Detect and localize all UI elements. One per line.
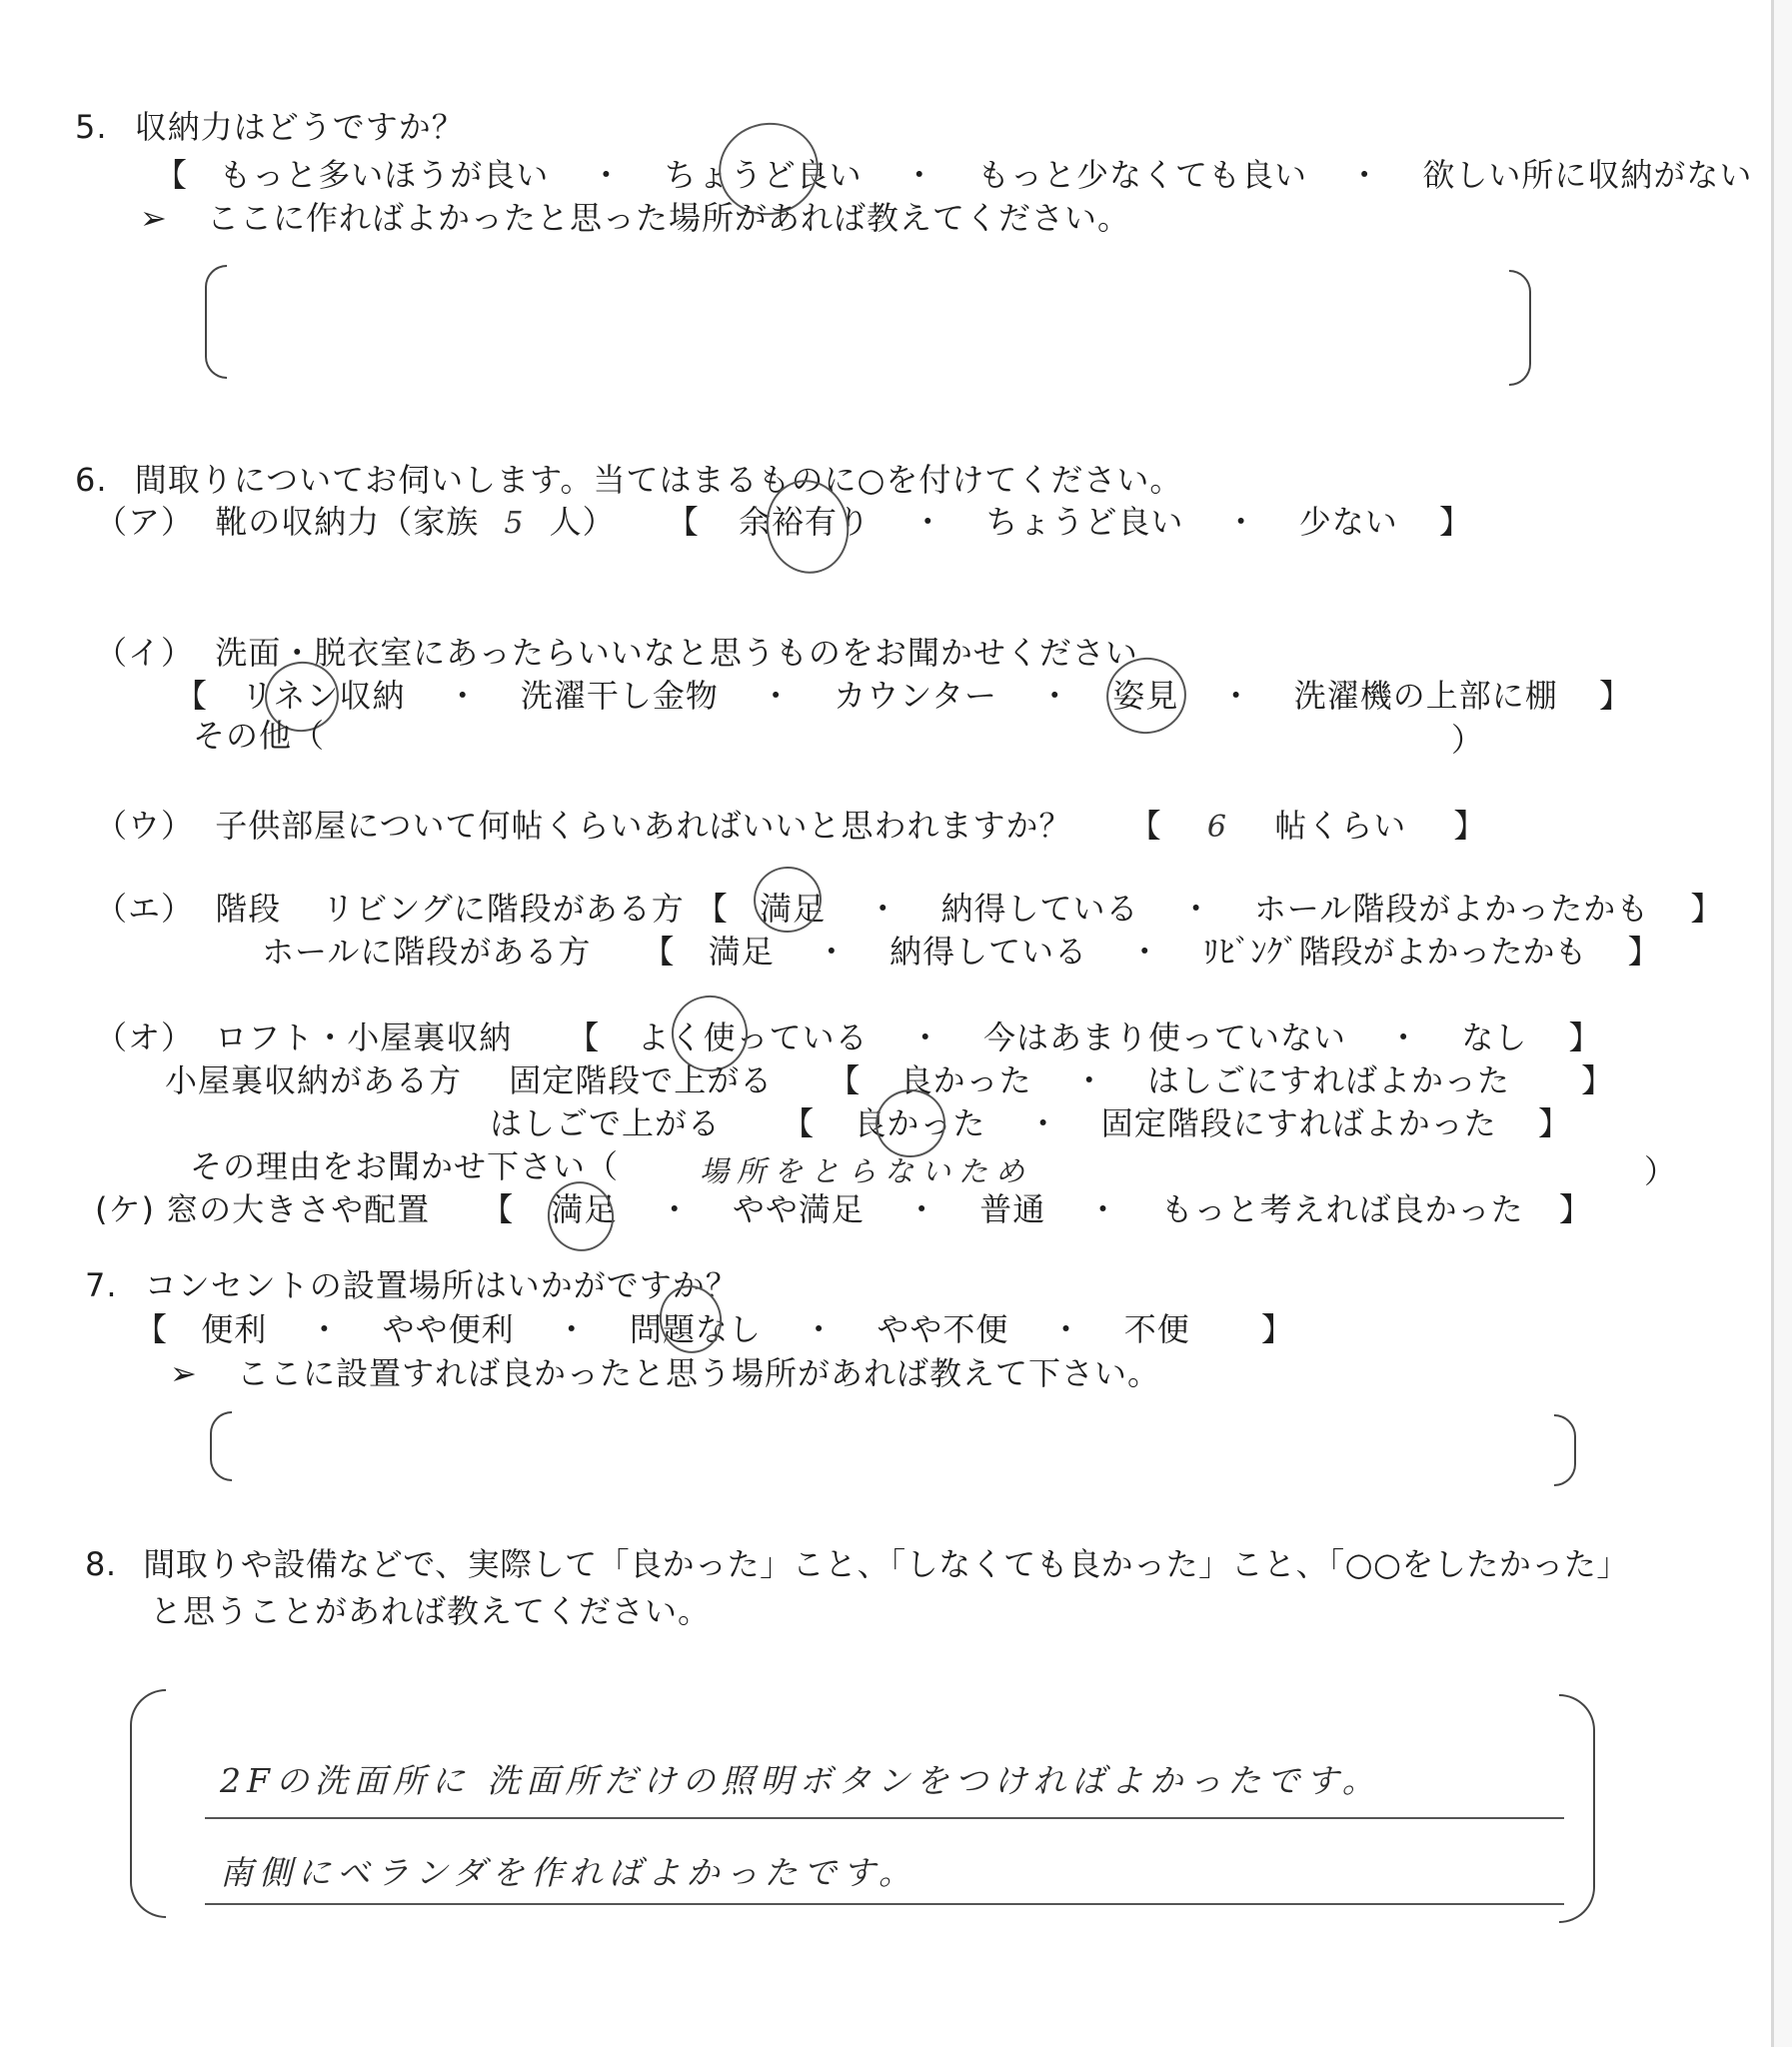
q6o-attic-row-1: 小屋裏収納がある方 固定階段で上がる 【 良かった ・ はしごにすればよかった … — [165, 1060, 1614, 1100]
separator: ・ — [1387, 1018, 1420, 1057]
q6a-option-1-label: 余裕有り — [739, 503, 871, 541]
q6i-other-field[interactable] — [330, 716, 1429, 756]
separator: ・ — [1348, 155, 1381, 195]
q6u-unit: 帖くらい — [1274, 807, 1406, 845]
q6i-option-4-selected[interactable]: 姿見 — [1112, 676, 1178, 716]
separator: ・ — [867, 889, 899, 929]
q6a-text: 靴の収納力（家族 — [215, 503, 479, 541]
q8-question-line1: 間取りや設備などで、実際して「良かった」こと、「しなくても良かった」こと、「○○… — [143, 1545, 1629, 1583]
close-bracket: 】 — [1453, 806, 1486, 846]
q6o-attic-condition-2: はしごで上がる — [490, 1104, 721, 1142]
q6u-label: （ウ） — [95, 807, 194, 845]
q6ke-option-1-label: 満足 — [552, 1190, 618, 1228]
q6a-row: （ア） 靴の収納力（家族 5 人） 【 余裕有り ・ ちょうど良い ・ 少ない … — [95, 502, 1472, 544]
q7-sub-prompt-row: ➢ ここに設置すれば良かったと思う場所があれば教えて下さい。 — [170, 1353, 1160, 1393]
q6i-other-close: ） — [1451, 720, 1484, 760]
q8-question-line2: と思うことがあれば教えてください。 — [150, 1591, 711, 1631]
q5-option-2-label: ちょうど良い — [665, 156, 863, 194]
q6e-row-2: ホールに階段がある方 【 満足 ・ 納得している ・ ﾘﾋﾞﾝｸﾞ階段がよかった… — [262, 932, 1661, 972]
separator: ・ — [909, 1018, 942, 1057]
separator: ・ — [1225, 502, 1258, 542]
q6u-row: （ウ） 子供部屋について何帖くらいあればいいと思われますか？ 【 6 帖くらい … — [95, 806, 1486, 848]
separator: ・ — [905, 1189, 938, 1229]
q5-options: 【 もっと多いほうが良い ・ ちょうど良い ・ もっと少なくても良い ・ 欲しい… — [155, 155, 1792, 195]
q6e-row2-option-2[interactable]: 納得している — [890, 932, 1087, 972]
open-bracket: 【 — [481, 1189, 514, 1229]
q8-answer-area[interactable]: 2Fの洗面所に 洗面所だけの照明ボタンをつければよかったです。 南側にベランダを… — [170, 1699, 1549, 1919]
q6e-row2-option-1[interactable]: 満足 — [709, 932, 775, 972]
q6e-condition-2: ホールに階段がある方 — [262, 933, 591, 971]
q7-option-2[interactable]: やや便利 — [383, 1309, 515, 1349]
q6o-attic-label: 小屋裏収納がある方 — [165, 1061, 462, 1099]
q6ke-option-1-selected[interactable]: 満足 — [552, 1189, 618, 1229]
q6i-option-1-label: リネン収納 — [241, 677, 405, 715]
q6e-label: （エ） — [95, 890, 194, 928]
q5-number: 5. — [75, 108, 108, 146]
q7-option-3-label: 問題なし — [630, 1310, 762, 1348]
close-bracket: 】 — [1538, 1103, 1571, 1143]
close-bracket: 】 — [1559, 1189, 1592, 1229]
q6o-reason-close: ） — [1644, 1151, 1677, 1191]
separator: ・ — [590, 155, 623, 195]
q6o-attic-row2-option-1-selected[interactable]: 良かった — [854, 1103, 985, 1143]
q8-number: 8. — [85, 1545, 117, 1583]
close-bracket: 】 — [1261, 1309, 1294, 1349]
separator: ・ — [1086, 1189, 1119, 1229]
q6ke-text: 窓の大きさや配置 — [166, 1190, 430, 1228]
close-bracket: 】 — [1569, 1018, 1602, 1057]
q6i-other-row: その他（ — [193, 716, 325, 756]
q6e-row2-option-3[interactable]: ﾘﾋﾞﾝｸﾞ階段がよかったかも — [1202, 932, 1586, 972]
q5-question: 収納力はどうですか？ — [135, 108, 465, 146]
q6o-text: ロフト・小屋裏収納 — [215, 1019, 512, 1056]
q7-answer-field[interactable] — [235, 1414, 1544, 1476]
open-bracket: 【 — [667, 502, 700, 542]
q7-number: 7. — [85, 1266, 118, 1304]
q6e-row1-option-1-selected[interactable]: 満足 — [760, 889, 826, 929]
q6i-option-2[interactable]: 洗濯干し金物 — [521, 676, 719, 716]
q6i-other-label: その他（ — [193, 717, 325, 755]
q5-option-2-selected[interactable]: ちょうど良い — [665, 155, 863, 195]
separator: ・ — [1027, 1103, 1060, 1143]
separator: ・ — [760, 676, 793, 716]
q6ke-option-2[interactable]: やや満足 — [733, 1189, 865, 1229]
close-bracket: 】 — [1690, 889, 1723, 929]
q6i-option-3[interactable]: カウンター — [834, 676, 997, 716]
q7-option-5[interactable]: 不便 — [1124, 1309, 1190, 1349]
q7-option-1[interactable]: 便利 — [201, 1309, 267, 1349]
close-bracket: 】 — [1628, 932, 1661, 972]
open-bracket: 【 — [155, 155, 188, 195]
q7-options: 【 便利 ・ やや便利 ・ 問題なし ・ やや不便 ・ 不便 】 — [135, 1309, 1294, 1349]
q6o-row: （オ） ロフト・小屋裏収納 【 よく使っている ・ 今はあまり使っていない ・ … — [95, 1018, 1602, 1057]
q6a-option-1-selected[interactable]: 余裕有り — [739, 502, 871, 542]
q6a-unit: 人） — [550, 503, 616, 541]
q6o-option-3[interactable]: なし — [1461, 1018, 1527, 1057]
open-bracket: 【 — [1129, 806, 1162, 846]
q6e-row1-option-3[interactable]: ホール階段がよかったかも — [1254, 889, 1649, 929]
q6-question: 間取りについてお伺いします。当てはまるものに○を付けてください。 — [135, 461, 1183, 499]
open-bracket: 【 — [696, 889, 729, 929]
q6i-label: （イ） — [95, 634, 194, 672]
close-bracket: 】 — [1581, 1060, 1614, 1100]
q6o-attic-row1-option-1[interactable]: 良かった — [900, 1060, 1032, 1100]
open-bracket: 【 — [782, 1103, 815, 1143]
q6u-text: 子供部屋について何帖くらいあればいいと思われますか？ — [215, 807, 1071, 845]
q6i-text: 洗面・脱衣室にあったらいいなと思うものをお聞かせください — [215, 634, 1138, 672]
q8-answer-left-paren — [130, 1689, 166, 1918]
arrow-bullet-icon: ➢ — [140, 199, 168, 237]
separator: ・ — [1038, 676, 1071, 716]
q6i-row: （イ） 洗面・脱衣室にあったらいいなと思うものをお聞かせください — [95, 633, 1138, 673]
q5-option-3[interactable]: もっと少なくても良い — [977, 155, 1307, 195]
q6-number: 6. — [75, 461, 108, 499]
q5-title: 5. 収納力はどうですか？ — [75, 107, 465, 147]
q6o-attic-row1-option-2[interactable]: はしごにすればよかった — [1147, 1060, 1510, 1100]
q6a-family-count[interactable]: 5 — [504, 506, 524, 541]
q7-answer-right-paren — [1554, 1414, 1576, 1486]
q7-answer-left-paren — [210, 1411, 232, 1481]
q6o-label: （オ） — [95, 1019, 194, 1056]
separator: ・ — [1220, 676, 1253, 716]
q5-answer-right-paren — [1509, 270, 1531, 386]
q6o-option-1-selected[interactable]: よく使っている — [638, 1018, 869, 1057]
close-bracket: 】 — [1599, 676, 1632, 716]
q8-answer-line-1: 2Fの洗面所に 洗面所だけの照明ボタンをつければよかったです。 — [220, 1755, 1381, 1802]
open-bracket: 【 — [135, 1309, 168, 1349]
q6o-attic-condition-1: 固定階段で上がる — [509, 1061, 773, 1099]
q6o-reason-row: その理由をお聞かせ下さい（ — [190, 1146, 619, 1186]
open-bracket: 【 — [643, 932, 676, 972]
q6o-option-2[interactable]: 今はあまり使っていない — [983, 1018, 1346, 1057]
q6-title: 6. 間取りについてお伺いします。当てはまるものに○を付けてください。 — [75, 460, 1182, 500]
q7-option-4[interactable]: やや不便 — [877, 1309, 1008, 1349]
separator: ・ — [816, 932, 849, 972]
separator: ・ — [1050, 1309, 1083, 1349]
separator: ・ — [308, 1309, 341, 1349]
q7-option-3-selected[interactable]: 問題なし — [630, 1309, 762, 1349]
ruled-line — [205, 1903, 1564, 1905]
separator: ・ — [447, 676, 480, 716]
q6e-condition-1: リビングに階段がある方 — [322, 890, 684, 928]
q6a-option-2[interactable]: ちょうど良い — [985, 502, 1183, 542]
q6o-option-1-label: よく使っている — [638, 1019, 869, 1056]
q6e-text: 階段 — [215, 890, 281, 928]
q5-option-1[interactable]: もっと多いほうが良い — [219, 155, 549, 195]
scan-edge-line — [1771, 0, 1774, 2047]
q6o-attic-row2-option-1-label: 良かった — [854, 1104, 985, 1142]
separator: ・ — [911, 502, 944, 542]
q6u-answer[interactable]: 6 — [1207, 810, 1227, 845]
q6a-option-3[interactable]: 少ない — [1299, 502, 1398, 542]
q7-question: コンセントの設置場所はいかがですか？ — [145, 1266, 739, 1304]
scan-edge-shadow — [1774, 0, 1792, 2047]
q6i-option-5[interactable]: 洗濯機の上部に棚 — [1294, 676, 1558, 716]
q6e-row-1: （エ） 階段 リビングに階段がある方 【 満足 ・ 納得している ・ ホール階段… — [95, 889, 1723, 929]
open-bracket: 【 — [175, 676, 208, 716]
separator: ・ — [1128, 932, 1161, 972]
q6o-reason-answer[interactable]: 場所をとらないため — [700, 1149, 1032, 1190]
arrow-bullet-icon: ➢ — [170, 1354, 198, 1392]
q6o-attic-row-2: はしごで上がる 【 良かった ・ 固定階段にすればよかった 】 — [490, 1103, 1571, 1143]
q6ke-option-3[interactable]: 普通 — [979, 1189, 1045, 1229]
separator: ・ — [1180, 889, 1213, 929]
separator: ・ — [556, 1309, 589, 1349]
ruled-line — [205, 1817, 1564, 1819]
close-bracket: 】 — [1439, 502, 1472, 542]
q5-answer-left-paren — [205, 265, 227, 379]
separator: ・ — [1073, 1060, 1106, 1100]
q6i-option-4-label: 姿見 — [1112, 677, 1178, 715]
q5-sub-prompt: ここに作ればよかったと思った場所があれば教えてください。 — [207, 199, 1130, 237]
q8-answer-line-2: 南側にベランダを作ればよかったです。 — [220, 1847, 917, 1894]
q8-answer-right-paren — [1559, 1694, 1595, 1923]
q7-title: 7. コンセントの設置場所はいかがですか？ — [85, 1265, 739, 1305]
q5-answer-field[interactable] — [230, 270, 1504, 375]
q6ke-option-4[interactable]: もっと考えれば良かった — [1161, 1189, 1524, 1229]
separator: ・ — [803, 1309, 836, 1349]
q5-option-4[interactable]: 欲しい所に収納がない — [1422, 155, 1752, 195]
q6i-options: 【 リネン収納 ・ 洗濯干し金物 ・ カウンター ・ 姿見 ・ 洗濯機の上部に棚… — [175, 676, 1632, 716]
q5-sub-prompt-row: ➢ ここに作ればよかったと思った場所があれば教えてください。 — [140, 198, 1130, 238]
q6a-label: （ア） — [95, 503, 194, 541]
q6o-attic-row2-option-2[interactable]: 固定階段にすればよかった — [1101, 1103, 1497, 1143]
q8-title: 8. 間取りや設備などで、実際して「良かった」こと、「しなくても良かった」こと、… — [85, 1544, 1629, 1584]
q6ke-label: (ケ) — [95, 1190, 155, 1228]
open-bracket: 【 — [567, 1018, 600, 1057]
q6o-reason-label: その理由をお聞かせ下さい（ — [190, 1147, 619, 1185]
separator: ・ — [659, 1189, 692, 1229]
open-bracket: 【 — [828, 1060, 861, 1100]
q6e-row1-option-1-label: 満足 — [760, 890, 826, 928]
q7-sub-prompt: ここに設置すれば良かったと思う場所があれば教えて下さい。 — [237, 1354, 1160, 1392]
separator: ・ — [903, 155, 936, 195]
q6ke-row: (ケ) 窓の大きさや配置 【 満足 ・ やや満足 ・ 普通 ・ もっと考えれば良… — [95, 1189, 1592, 1229]
q6e-row1-option-2[interactable]: 納得している — [940, 889, 1138, 929]
q6i-option-1-selected[interactable]: リネン収納 — [241, 676, 405, 716]
